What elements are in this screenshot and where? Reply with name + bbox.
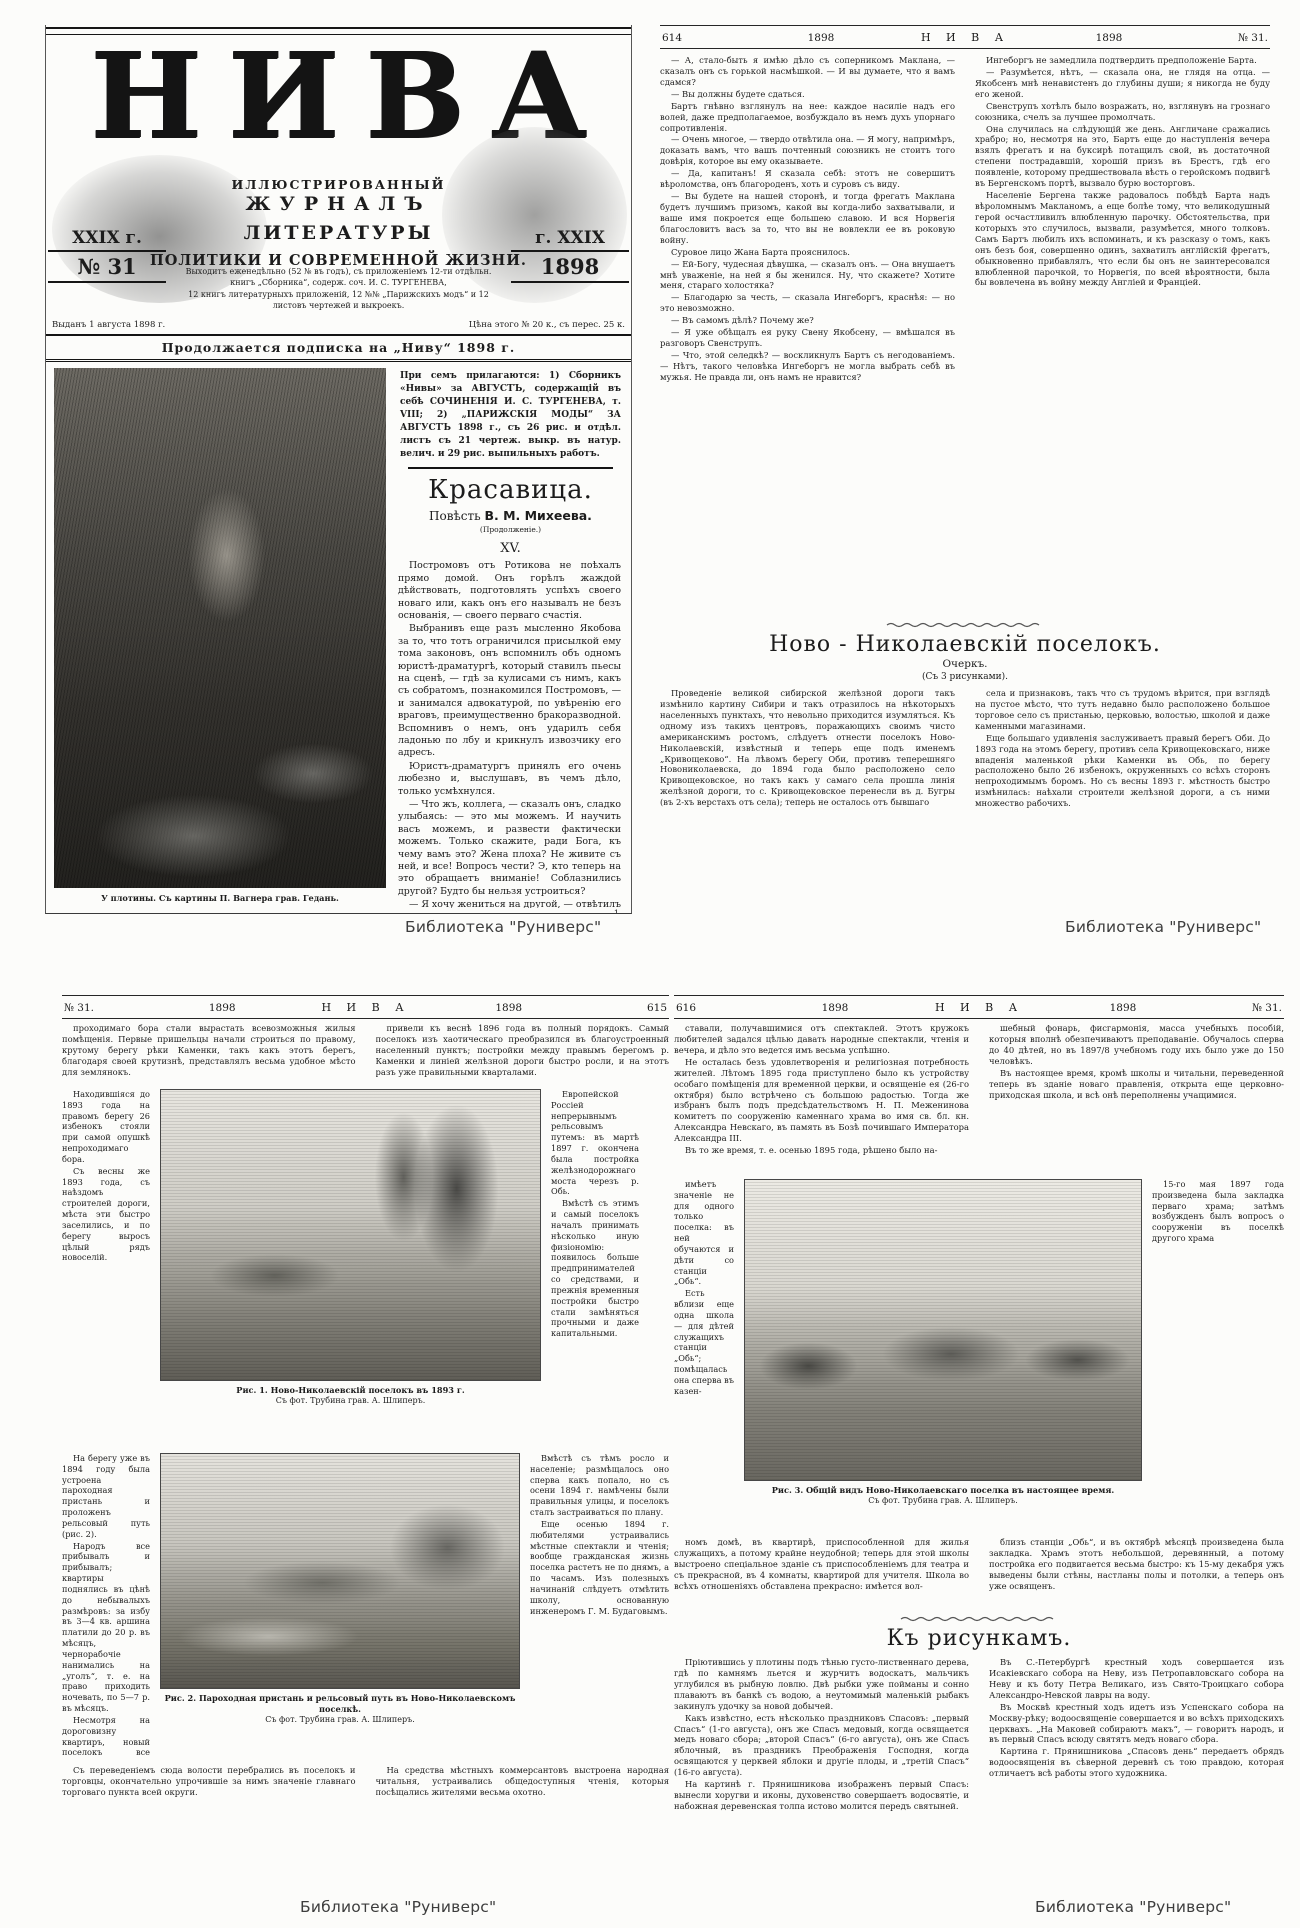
essay-title: Ново - Николаевскій поселокъ. — [660, 632, 1270, 657]
paragraph: — А, стало-быть я имѣю дѣло съ сопернико… — [660, 55, 955, 88]
figure2-caption-line2: Съ фот. Трубина грав. А. Шлиперъ. — [160, 1715, 520, 1726]
year-right: 1898 — [1040, 32, 1178, 44]
side-column-left-3: имѣетъ значеніе не для одного только пос… — [674, 1179, 734, 1531]
continuation-note: (Продолженіе.) — [398, 525, 623, 534]
runivers-watermark-top-right: Библиотека "Руниверс" — [1065, 918, 1261, 936]
year-left: 1898 — [154, 1002, 291, 1014]
masthead-subtitle-illustrated: ИЛЛЮСТРИРОВАННЫЙ — [46, 177, 631, 192]
essay-figure-note: (Съ 3 рисунками). — [660, 672, 1270, 682]
publication-year: 1898 — [511, 252, 629, 283]
running-head-616: 616 1898 Н И В А 1898 № 31. — [674, 996, 1284, 1018]
issue-date: Выданъ 1 августа 1898 г. — [52, 320, 165, 330]
paragraph: — Да, капитанъ! Я сказала себѣ: этотъ не… — [660, 168, 955, 190]
page-615: № 31. 1898 Н И В А 1898 615 проходимаго … — [48, 995, 683, 1893]
masthead-fineprint: Выходитъ еженедѣльно (52 № въ годъ), съ … — [174, 266, 503, 311]
figure3-caption-line2: Съ фот. Трубина грав. А. Шлиперъ. — [744, 1496, 1142, 1507]
masthead: НИВА ИЛЛЮСТРИРОВАННЫЙ ЖУРНАЛЪ ЛИТЕРАТУРЫ… — [46, 35, 631, 317]
paragraph: На картинѣ г. Прянишникова изображенъ пе… — [674, 1779, 969, 1812]
chapter-number: XV. — [398, 541, 623, 556]
intro-column-left: проходимаго бора стали вырастать всевозм… — [62, 1023, 356, 1081]
volume-box-left: XXIX г. № 31 — [48, 228, 166, 283]
paragraph: Она случилась на слѣдующій же день. Англ… — [975, 124, 1270, 190]
year-left: 1898 — [752, 32, 890, 44]
paragraph: 15-го мая 1897 года произведена была зак… — [1152, 1179, 1284, 1244]
paragraph: Съ весны же 1893 года, съ наѣздомъ строи… — [62, 1166, 150, 1263]
paragraph: — Вы будете на нашей сторонѣ, и тогда фр… — [660, 191, 955, 246]
figure1-caption-line2: Съ фот. Трубина грав. А. Шлиперъ. — [160, 1396, 541, 1407]
figure3-caption: Рис. 3. Общій видъ Ново-Николаевскаго по… — [744, 1485, 1142, 1507]
side-column-left-1: Находившіяся до 1893 года на правомъ бер… — [62, 1089, 150, 1445]
page-number: 614 — [662, 32, 752, 44]
front-text-column: При семъ прилагаются: 1) Сборникъ «Нивы»… — [398, 368, 623, 914]
paragraph: — Вы должны будете сдаться. — [660, 89, 955, 100]
intro-columns: ставали, получавшимися отъ спектаклей. Э… — [674, 1023, 1284, 1171]
masthead-subtitle-journal: ЖУРНАЛЪ — [46, 193, 631, 215]
paragraph: — Очень многое, — твердо отвѣтила она. —… — [660, 134, 955, 167]
story-genre: Повѣсть — [429, 509, 481, 523]
magazine-name: Н И В А — [291, 1001, 441, 1014]
volume-box-right: г. XXIX 1898 — [511, 228, 629, 283]
notes-title: Къ рисункамъ. — [674, 1626, 1284, 1651]
mid-columns: номъ домѣ, въ квартирѣ, приспособленной … — [674, 1537, 1284, 1605]
runivers-watermark-top-left: Библиотека "Руниверс" — [405, 918, 601, 936]
paragraph: Въ С.-Петербургѣ крестный ходъ совершает… — [989, 1657, 1284, 1701]
paragraph: Юристъ-драматургъ принялъ его очень любе… — [398, 761, 621, 798]
paragraph: На средства мѣстныхъ коммерсантовъ выстр… — [376, 1765, 670, 1798]
paragraph: — Въ самомъ дѣлѣ? Почему же? — [660, 315, 955, 326]
paragraph: Находившіяся до 1893 года на правомъ бер… — [62, 1089, 150, 1165]
paragraph: Еще осенью 1894 г. любителями устраивали… — [530, 1519, 669, 1616]
figure1-caption: Рис. 1. Ново-Николаевскій поселокъ въ 18… — [160, 1385, 541, 1407]
paragraph: близъ станціи „Обь“, и въ октябрѣ мѣсяцѣ… — [989, 1537, 1284, 1592]
paragraph: Есть вблизи еще одна школа — для дѣтей с… — [674, 1288, 734, 1396]
figure3-row: имѣетъ значеніе не для одного только пос… — [674, 1179, 1284, 1531]
magazine-name: Н И В А — [904, 1001, 1054, 1014]
story-author: В. М. Михеева. — [484, 508, 591, 523]
figure3-caption-line1: Рис. 3. Общій видъ Ново-Николаевскаго по… — [744, 1485, 1142, 1496]
notes-columns: Пріютившись у плотины подъ тѣнью густо-л… — [674, 1657, 1284, 1893]
paragraph: привели къ веснѣ 1896 года въ полный пор… — [376, 1023, 670, 1078]
paragraph: Съ переведеніемъ сюда волости перебралис… — [62, 1765, 356, 1798]
mid-column-left: номъ домѣ, въ квартирѣ, приспособленной … — [674, 1537, 969, 1605]
magazine-name: Н И В А — [890, 31, 1040, 44]
year-left: 1898 — [766, 1002, 904, 1014]
notes-column-right: Въ С.-Петербургѣ крестный ходъ совершает… — [989, 1657, 1284, 1893]
side-column-right-2: Вмѣстѣ съ тѣмъ росло и населеніе; размѣщ… — [530, 1453, 669, 1759]
page-front: НИВА ИЛЛЮСТРИРОВАННЫЙ ЖУРНАЛЪ ЛИТЕРАТУРЫ… — [45, 25, 632, 914]
paragraph: Проведеніе великой сибирской желѣзной до… — [660, 688, 955, 808]
figure2-block: Рис. 2. Пароходная пристань и рельсовый … — [160, 1453, 520, 1759]
figure2-caption-line1: Рис. 2. Пароходная пристань и рельсовый … — [160, 1693, 520, 1715]
side-column-right-1: Европейской Россіей непрерывнымъ рельсов… — [551, 1089, 639, 1445]
story-text: Постромовъ отъ Ротикова не поѣхалъ прямо… — [398, 560, 623, 908]
story-column-right: Ингеборгъ не замедлила подтвердить предп… — [975, 55, 1270, 611]
bottom-columns: Съ переведеніемъ сюда волости перебралис… — [62, 1765, 669, 1831]
paragraph: — Благодарю за честь, — сказала Ингеборг… — [660, 292, 955, 314]
paragraph: Пріютившись у плотины подъ тѣнью густо-л… — [674, 1657, 969, 1712]
intro-column-left: ставали, получавшимися отъ спектаклей. Э… — [674, 1023, 969, 1171]
paragraph: На берегу уже въ 1894 году была устроена… — [62, 1453, 150, 1540]
year-right: 1898 — [441, 1002, 578, 1014]
volume-year-label: XXIX г. — [48, 228, 166, 252]
figure2-row: На берегу уже въ 1894 году была устроена… — [62, 1453, 669, 1759]
story-title: Красавица. — [398, 475, 623, 505]
paragraph: Населеніе Бергена также радовалось побѣд… — [975, 190, 1270, 288]
story-column-left: — А, стало-быть я имѣю дѣло съ сопернико… — [660, 55, 955, 611]
paragraph: — Ей-Богу, чудесная дѣвушка, — сказалъ о… — [660, 259, 955, 292]
issue-number-head: № 31. — [1192, 1002, 1282, 1014]
paragraph: Ингеборгъ не замедлила подтвердить предп… — [975, 55, 1270, 66]
figure1-block: Рис. 1. Ново-Николаевскій поселокъ въ 18… — [160, 1089, 541, 1445]
figure3-block: Рис. 3. Общій видъ Ново-Николаевскаго по… — [744, 1179, 1142, 1531]
dam-engraving-image — [54, 368, 386, 888]
issue-number-head: № 31. — [1178, 32, 1268, 44]
paragraph: Выбранивъ еще разъ мысленно Якобова за т… — [398, 623, 621, 759]
paragraph: — Я уже обѣщалъ ея руку Свену Якобсену, … — [660, 327, 955, 349]
paragraph: Въ Москвѣ крестный ходъ идетъ изъ Успенс… — [989, 1702, 1284, 1746]
figure3-photo-general-view — [744, 1179, 1142, 1481]
paragraph: — Я хочу жениться на другой, — отвѣтилъ … — [398, 899, 621, 908]
paragraph: села и признаковъ, такъ что съ трудомъ в… — [975, 688, 1270, 732]
figure2-caption: Рис. 2. Пароходная пристань и рельсовый … — [160, 1693, 520, 1726]
figure2-photo-pier-and-rails — [160, 1453, 520, 1689]
story-columns: — А, стало-быть я имѣю дѣло съ сопернико… — [660, 55, 1270, 611]
signature-mark: 1 — [398, 908, 623, 914]
running-head-614: 614 1898 Н И В А 1898 № 31. — [660, 26, 1270, 48]
paragraph: Народъ все прибывалъ и прибывалъ; кварти… — [62, 1541, 150, 1714]
paragraph: Несмотря на дороговизну квартиръ, новый … — [62, 1715, 150, 1759]
head-bottom-rule — [660, 48, 1270, 49]
head-bottom-rule — [674, 1018, 1284, 1019]
paragraph: Свенструпъ хотѣлъ было возражать, но, вз… — [975, 101, 1270, 123]
issue-number-head: № 31. — [64, 1002, 154, 1014]
supplement-announcement: При семъ прилагаются: 1) Сборникъ «Нивы»… — [398, 368, 623, 461]
volume-year-label-right: г. XXIX — [511, 228, 629, 252]
paragraph: Въ то же время, т. е. осенью 1895 года, … — [674, 1145, 969, 1156]
mid-column-right: близъ станціи „Обь“, и въ октябрѣ мѣсяцѣ… — [989, 1537, 1284, 1605]
paragraph: Вмѣстѣ съ этимъ и самый поселокъ началъ … — [551, 1198, 639, 1339]
squiggle-divider — [899, 1615, 1059, 1623]
intro-columns: проходимаго бора стали вырастать всевозм… — [62, 1023, 669, 1081]
paragraph: Въ настоящее время, кромѣ школы и читаль… — [989, 1068, 1284, 1101]
subscription-notice: Продолжается подписка на „Ниву“ 1898 г. — [46, 334, 631, 362]
paragraph: Какъ извѣстно, есть нѣсколько праздников… — [674, 1713, 969, 1779]
issue-line: Выданъ 1 августа 1898 г. Цѣна этого № 20… — [46, 317, 631, 332]
figure1-caption-line1: Рис. 1. Ново-Николаевскій поселокъ въ 18… — [160, 1385, 541, 1396]
paragraph: — Что жъ, коллега, — сказалъ онъ, сладко… — [398, 799, 621, 898]
side-column-left-2: На берегу уже въ 1894 году была устроена… — [62, 1453, 150, 1759]
runivers-watermark-bottom-right: Библиотека "Руниверс" — [1035, 1898, 1231, 1916]
runivers-watermark-bottom-left: Библиотека "Руниверс" — [300, 1898, 496, 1916]
essay-columns: Проведеніе великой сибирской желѣзной до… — [660, 688, 1270, 816]
paragraph: Не осталась безъ удовлетворенія и религі… — [674, 1057, 969, 1144]
paragraph: Постромовъ отъ Ротикова не поѣхалъ прямо… — [398, 560, 621, 622]
paragraph: Европейской Россіей непрерывнымъ рельсов… — [551, 1089, 639, 1197]
notes-column-left: Пріютившись у плотины подъ тѣнью густо-л… — [674, 1657, 969, 1893]
paragraph: Еще большаго удивленія заслуживаетъ прав… — [975, 733, 1270, 809]
intro-column-right: шебный фонарь, фисгармонія, масса учебны… — [989, 1023, 1284, 1171]
squiggle-divider — [885, 621, 1045, 629]
issue-number: № 31 — [48, 252, 166, 283]
fineprint-line2: 12 книгъ литературныхъ приложеній, 12 №№… — [174, 289, 503, 311]
figure1-row: Находившіяся до 1893 года на правомъ бер… — [62, 1089, 669, 1445]
essay-heading-block: Ново - Николаевскій поселокъ. Очеркъ. (С… — [660, 621, 1270, 682]
paragraph: — Разумѣется, нѣтъ, — сказала она, не гл… — [975, 67, 1270, 100]
head-bottom-rule — [62, 1018, 669, 1019]
story-byline: Повѣсть В. М. Михеева. — [398, 508, 623, 523]
paragraph: Суровое лицо Жана Барта прояснилось. — [660, 247, 955, 258]
bottom-column-left: Съ переведеніемъ сюда волости перебралис… — [62, 1765, 356, 1831]
bottom-column-right: На средства мѣстныхъ коммерсантовъ выстр… — [376, 1765, 670, 1831]
paragraph: номъ домѣ, въ квартирѣ, приспособленной … — [674, 1537, 969, 1592]
page-614: 614 1898 Н И В А 1898 № 31. — А, стало-б… — [660, 25, 1270, 913]
notes-heading-block: Къ рисункамъ. — [674, 1615, 1284, 1651]
page-616: 616 1898 Н И В А 1898 № 31. ставали, пол… — [660, 995, 1298, 1893]
essay-subtitle: Очеркъ. — [660, 658, 1270, 670]
front-illustration-caption: У плотины. Съ картины П. Вагнера грав. Г… — [54, 893, 386, 903]
paragraph: ставали, получавшимися отъ спектаклей. Э… — [674, 1023, 969, 1056]
paragraph: Бартъ гнѣвно взглянулъ на нее: каждое на… — [660, 101, 955, 134]
essay-column-left: Проведеніе великой сибирской желѣзной до… — [660, 688, 955, 816]
page-number: 615 — [577, 1002, 667, 1014]
essay-column-right: села и признаковъ, такъ что съ трудомъ в… — [975, 688, 1270, 816]
intro-column-right: привели къ веснѣ 1896 года въ полный пор… — [376, 1023, 670, 1081]
fineprint-line1: Выходитъ еженедѣльно (52 № въ годъ), съ … — [174, 266, 503, 288]
paragraph: Картина г. Прянишникова „Спасовъ день“ п… — [989, 1746, 1284, 1779]
front-illustration-block: У плотины. Съ картины П. Вагнера грав. Г… — [54, 368, 386, 914]
side-column-right-3: 15-го мая 1897 года произведена была зак… — [1152, 1179, 1284, 1531]
paragraph: — Что, этой селедкѣ? — воскликнулъ Бартъ… — [660, 350, 955, 383]
year-right: 1898 — [1054, 1002, 1192, 1014]
paragraph: шебный фонарь, фисгармонія, масса учебны… — [989, 1023, 1284, 1067]
announcement-divider — [408, 467, 613, 469]
paragraph: имѣетъ значеніе не для одного только пос… — [674, 1179, 734, 1287]
page-number: 616 — [676, 1002, 766, 1014]
paragraph: проходимаго бора стали вырастать всевозм… — [62, 1023, 356, 1078]
running-head-615: № 31. 1898 Н И В А 1898 615 — [62, 996, 669, 1018]
figure1-photo-settlement-1893 — [160, 1089, 541, 1381]
front-main-area: У плотины. Съ картины П. Вагнера грав. Г… — [46, 368, 631, 914]
paragraph: Вмѣстѣ съ тѣмъ росло и населеніе; размѣщ… — [530, 1453, 669, 1518]
issue-price: Цѣна этого № 20 к., съ перес. 25 к. — [469, 320, 625, 330]
